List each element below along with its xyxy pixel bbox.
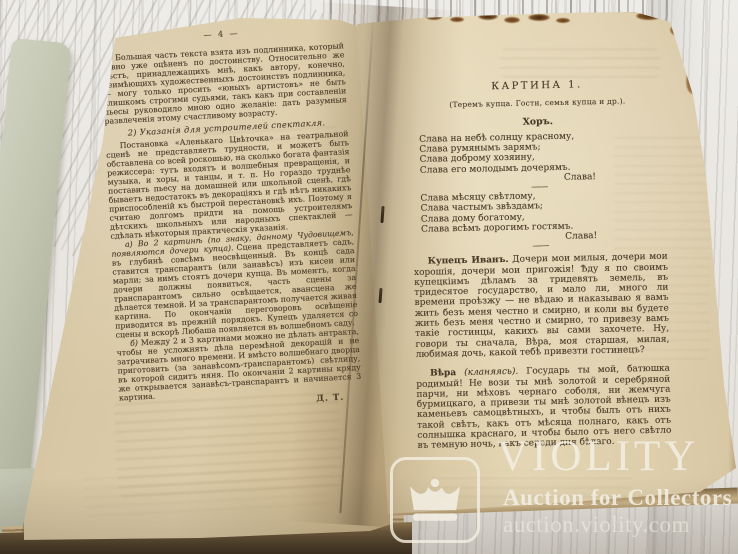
merchant-speech: Купецъ Иванъ. Дочери мои милыя, дочери м… bbox=[414, 252, 670, 360]
note-a: а) Во 2 картинѣ (по знаку, данному Чудов… bbox=[111, 228, 359, 340]
book-photo: — 4 — Большая часть текста взята изъ под… bbox=[0, 0, 738, 554]
note-b: б)Между 2 и 3 картинами можно не дѣлать … bbox=[116, 327, 362, 403]
left-page-text: — 4 — Большая часть текста взята изъ под… bbox=[100, 23, 363, 414]
note-b-lead: б) bbox=[130, 338, 138, 347]
burn-spot bbox=[556, 18, 570, 23]
intro-paragraph: Большая часть текста взята изъ подлинник… bbox=[101, 41, 347, 126]
right-page: КАРТИНА 1. (Теремъ купца. Гости, семья к… bbox=[352, 8, 738, 522]
chorus-stanza-1: Слава на небѣ солнцу красному,Слава румя… bbox=[411, 130, 666, 176]
chorus-label: Хоръ. bbox=[411, 114, 665, 130]
staging-paragraph: Постановка «Аленькаго Цвѣточка» на театр… bbox=[106, 129, 354, 241]
note-b-text: Между 2 и 3 картинами можно не дѣлать ан… bbox=[116, 327, 361, 403]
right-page-text: КАРТИНА 1. (Теремъ купца. Гости, семья к… bbox=[410, 79, 672, 461]
vera-speech: Вѣра (кланяясь). Государь ты мой, батюшк… bbox=[416, 364, 672, 452]
chorus-stanza-2: Слава мѣсяцу свѣтлому,Слава частымъ звѣз… bbox=[412, 189, 667, 235]
burn-spot bbox=[528, 14, 550, 21]
scene-direction: (Теремъ купца. Гости, семья купца и др.)… bbox=[410, 96, 664, 112]
burn-spot bbox=[504, 17, 520, 23]
speech-text: Дочери мои милыя, дочери мои хорошія, до… bbox=[414, 252, 670, 360]
showthrough-text bbox=[432, 470, 632, 498]
burn-spot bbox=[450, 17, 464, 22]
scene-title: КАРТИНА 1. bbox=[410, 79, 664, 95]
speaker-name: Вѣра bbox=[430, 368, 456, 379]
stanza-divider: —— bbox=[413, 240, 667, 253]
showthrough-text bbox=[500, 48, 660, 78]
